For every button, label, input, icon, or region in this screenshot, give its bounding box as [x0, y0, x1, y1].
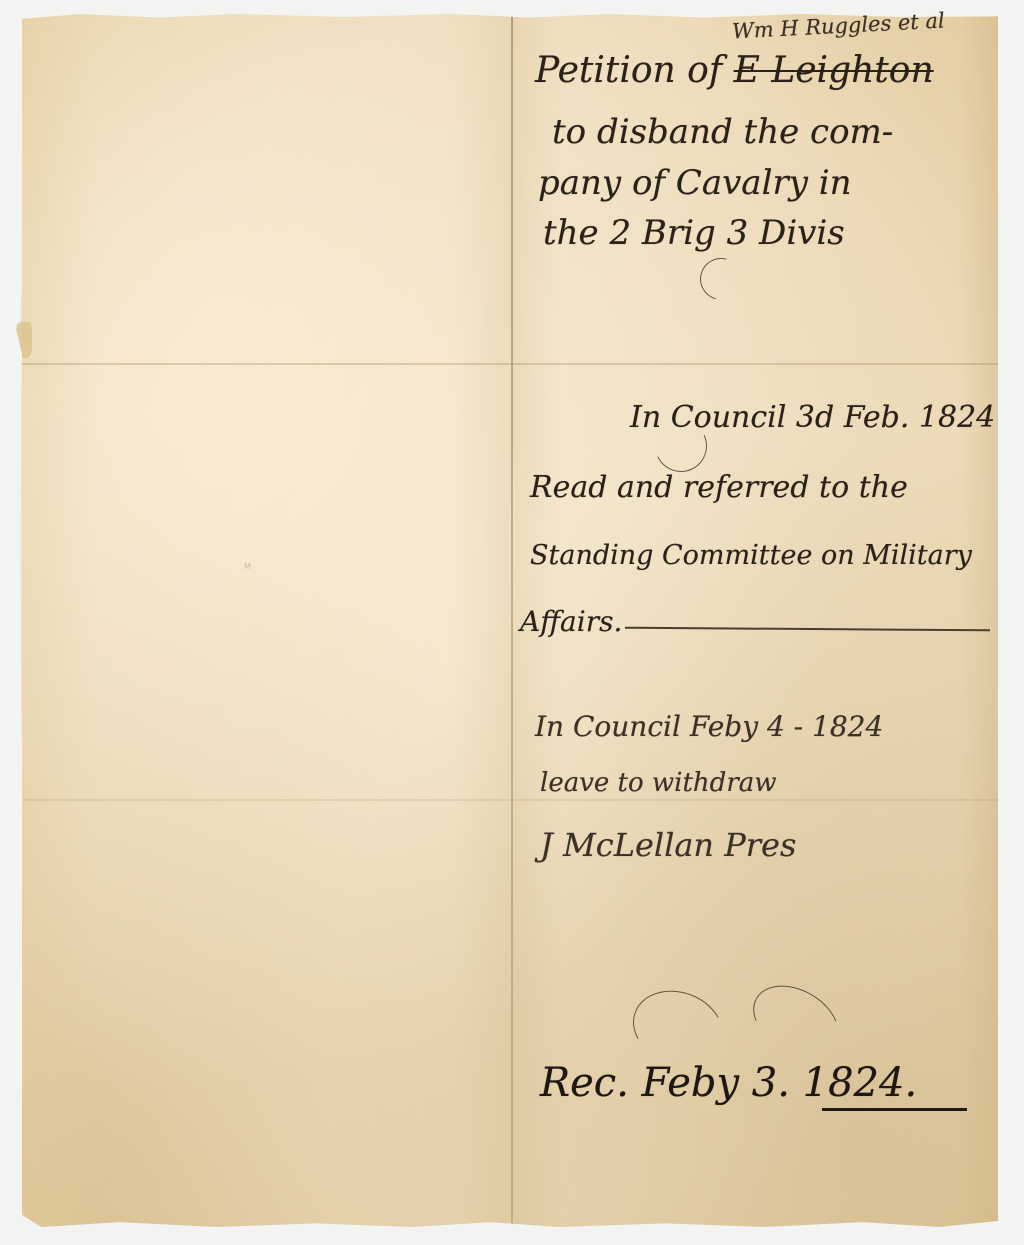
council-heading-2: In Council Feby 4 - 1824	[535, 710, 883, 743]
petition-line-4: the 2 Brig 3 Divis	[543, 213, 845, 253]
petition-title: Petition of E Leighton	[535, 50, 934, 91]
left-blank-panel: M	[22, 14, 512, 1227]
council-1-line-3: Affairs.	[520, 605, 622, 638]
president-signature: J McLellan Pres	[540, 826, 796, 864]
date-underline	[822, 1108, 967, 1111]
council-1-line-2: Standing Committee on Military	[530, 540, 972, 571]
faint-mark: M	[244, 562, 252, 571]
fold-line-horizontal-upper	[22, 363, 998, 365]
council-2-line-1: leave to withdraw	[540, 768, 777, 798]
document-scan: M Wm H Ruggles et al Petition of E Leigh…	[0, 0, 1024, 1245]
petition-line-3: pany of Cavalry in	[538, 163, 852, 203]
fold-line-vertical	[511, 14, 513, 1227]
paper-sheet: M	[22, 14, 998, 1227]
petition-line-2: to disband the com-	[552, 112, 893, 152]
petition-prefix: Petition of	[535, 50, 722, 91]
received-date: Rec. Feby 3. 1824.	[540, 1060, 917, 1106]
paper-tear	[14, 322, 32, 358]
struck-name: E Leighton	[734, 50, 934, 91]
fold-line-horizontal-lower	[22, 799, 998, 801]
council-1-line-1: Read and referred to the	[530, 470, 908, 505]
